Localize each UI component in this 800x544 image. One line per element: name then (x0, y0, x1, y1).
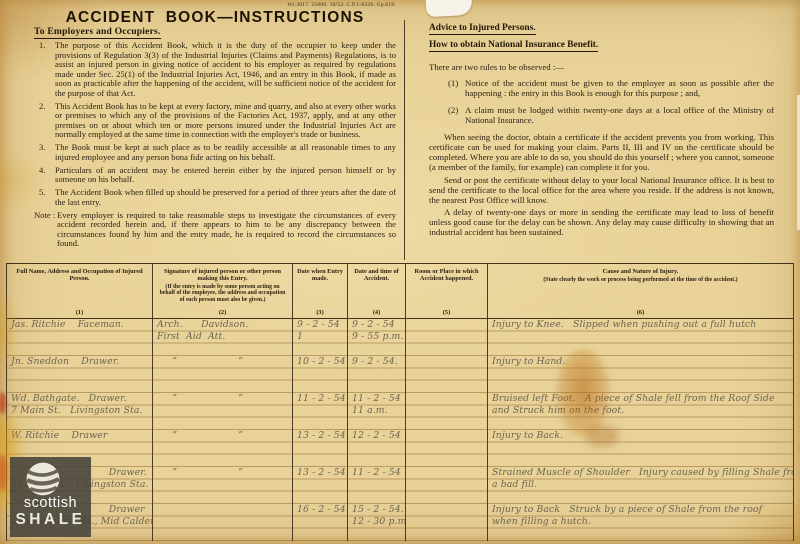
accident-book-page: Wt.3017. 25000. 10/52. C.P.1-6326. Gp.61… (0, 0, 800, 544)
instruction-number: 3. (39, 143, 45, 153)
entry-cause: Injury to Hand. (488, 356, 794, 393)
entry-room (406, 430, 488, 467)
instruction-text: Particulars of an accident may be entere… (55, 165, 396, 185)
table-row: Jas. Ritchie Faceman. Arch. Davidson.Fir… (7, 319, 794, 356)
shale-sphere-icon (25, 461, 61, 497)
instruction-item-5: 5. The Accident Book when filled up shou… (34, 188, 396, 207)
table-row: Drawer11 Chapelton Rd., Mid Calder. 16 -… (7, 504, 794, 541)
instruction-item-4: 4. Particulars of an accident may be ent… (34, 166, 396, 185)
instruction-note: Note : Every employer is required to tak… (34, 211, 396, 249)
entry-room (406, 319, 488, 356)
entry-cause: Injury to Knee. Slipped when pushing out… (488, 319, 794, 356)
accident-entries-table: Full Name, Address and Occupation of Inj… (6, 263, 794, 541)
entry-date-made: 13 - 2 - 54 (293, 430, 348, 467)
table-row: W. Ritchie Drawer ” ” 13 - 2 - 54 12 - 2… (7, 430, 794, 467)
instruction-item-1: 1. The purpose of this Accident Book, wh… (34, 41, 396, 98)
right-column: Advice to Injured Persons. How to obtain… (429, 22, 774, 240)
table-row: Wd. Bathgate. Drawer.7 Main St. Livingst… (7, 393, 794, 430)
entry-date-made: 11 - 2 - 54 (293, 393, 348, 430)
instruction-item-2: 2. This Accident Book has to be kept at … (34, 102, 396, 140)
entry-signature: ” ” (153, 356, 293, 393)
entry-date-accident: 11 - 2 - 54 (348, 467, 406, 504)
print-imprint: Wt.3017. 25000. 10/52. C.P.1-6326. Gp.61… (248, 2, 396, 8)
watermark-text-scottish: scottish (10, 495, 91, 511)
advice-paragraph-1: When seeing the doctor, obtain a certifi… (429, 132, 774, 172)
rule-text: A claim must be lodged within twenty-one… (465, 105, 774, 125)
instruction-number: 5. (39, 188, 45, 198)
advice-paragraph-2: Send or post the certificate without del… (429, 175, 774, 205)
instruction-text: The Book must be kept at such place as t… (55, 142, 396, 162)
entry-cause: Injury to Back Struck by a piece of Shal… (488, 504, 794, 541)
instruction-item-3: 3. The Book must be kept at such place a… (34, 143, 396, 162)
instruction-number: 4. (39, 166, 45, 176)
entry-date-made: 13 - 2 - 54. (293, 467, 348, 504)
instruction-text: This Accident Book has to be kept at eve… (55, 101, 396, 140)
entry-cause: Strained Muscle of Shoulder Injury cause… (488, 467, 794, 504)
entry-date-accident: 12 - 2 - 54 (348, 430, 406, 467)
entry-name: Wd. Bathgate. Drawer.7 Main St. Livingst… (7, 393, 153, 430)
entry-signature: Arch. Davidson.First Aid Att. (153, 319, 293, 356)
header-cause: Cause and Nature of Injury. (State clear… (488, 264, 794, 319)
watermark-text-shale: SHALE (10, 511, 91, 529)
rule-text: Notice of the accident must be given to … (465, 78, 774, 98)
entry-date-made: 10 - 2 - 54 (293, 356, 348, 393)
header-date-entry: Date when Entry made. (3) (293, 264, 348, 319)
rule-number: (2) (448, 105, 458, 115)
entry-room (406, 356, 488, 393)
entry-name: Jas. Ritchie Faceman. (7, 319, 153, 356)
header-room-place: Room or Place in which Accident happened… (406, 264, 488, 319)
instruction-text: The Accident Book when filled up should … (55, 187, 396, 207)
entry-room (406, 504, 488, 541)
column-divider-rule (404, 20, 405, 260)
entry-room (406, 393, 488, 430)
entry-room (406, 467, 488, 504)
instruction-number: 2. (39, 102, 45, 112)
instruction-number: 1. (39, 41, 45, 51)
rules-intro: There are two rules to be observed :— (429, 62, 774, 72)
header-date-accident: Date and time of Accident. (4) (348, 264, 406, 319)
rule-item-1: (1) Notice of the accident must be given… (429, 78, 774, 98)
left-column-heading: To Employers and Occupiers. (34, 26, 161, 39)
advice-paragraph-3: A delay of twenty-one days or more in se… (429, 207, 774, 237)
entry-date-accident: 9 - 2 - 54. (348, 356, 406, 393)
entry-date-made: 16 - 2 - 54. (293, 504, 348, 541)
table-row: Drawer.23 Main St. Livingston Sta. ” ” 1… (7, 467, 794, 504)
entry-date-accident: 15 - 2 - 54.12 - 30 p.m. (348, 504, 406, 541)
entry-date-accident: 9 - 2 - 549 - 55 p.m. (348, 319, 406, 356)
entry-signature (153, 504, 293, 541)
table-header-row: Full Name, Address and Occupation of Inj… (7, 264, 794, 319)
header-name: Full Name, Address and Occupation of Inj… (7, 264, 153, 319)
header-signature: Signature of injured person or other per… (153, 264, 293, 319)
instruction-text: Every employer is required to take reaso… (57, 210, 396, 249)
entry-date-made: 9 - 2 - 541 (293, 319, 348, 356)
benefit-heading: How to obtain National Insurance Benefit… (429, 40, 598, 52)
entry-date-accident: 11 - 2 - 5411 a.m. (348, 393, 406, 430)
entry-cause: Injury to Back. (488, 430, 794, 467)
entry-signature: ” ” (153, 467, 293, 504)
rule-item-2: (2) A claim must be lodged within twenty… (429, 105, 774, 125)
entry-name: Jn. Sneddon Drawer. (7, 356, 153, 393)
entry-signature: ” ” (153, 393, 293, 430)
instruction-text: The purpose of this Accident Book, which… (55, 40, 396, 98)
rule-number: (1) (448, 78, 458, 88)
instruction-number: Note : (34, 211, 55, 221)
scottish-shale-watermark: scottish SHALE (10, 457, 91, 537)
entry-cause: Bruised left Foot. A piece of Shale fell… (488, 393, 794, 430)
left-column: 1. The purpose of this Accident Book, wh… (34, 41, 396, 252)
table-row: Jn. Sneddon Drawer. ” ” 10 - 2 - 54 9 - … (7, 356, 794, 393)
page-title: ACCIDENT BOOK—INSTRUCTIONS (34, 9, 396, 27)
entry-signature: ” ” (153, 430, 293, 467)
paper-tear (425, 0, 472, 17)
advice-heading: Advice to Injured Persons. (429, 23, 536, 35)
